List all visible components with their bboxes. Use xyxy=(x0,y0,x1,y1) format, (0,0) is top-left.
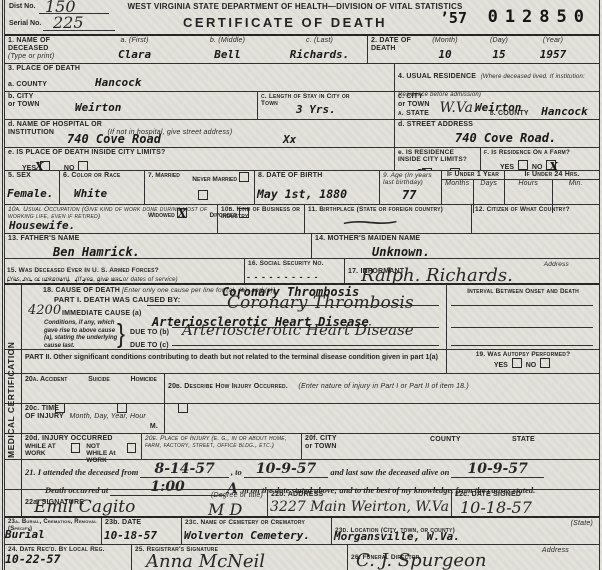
cause-code-value: 4200 xyxy=(28,303,61,318)
form-title: CERTIFICATE OF DEATH xyxy=(135,15,435,30)
row-place-residence: 3. PLACE OF DEATH a. COUNTY Hancock 4. U… xyxy=(5,64,599,92)
row-burial: 23a. Burial, Cremation, Removal (Specify… xyxy=(5,518,599,545)
field-place-of-death: 3. PLACE OF DEATH a. COUNTY Hancock xyxy=(5,64,395,91)
part1-label: PART I. DEATH WAS CAUSED BY: xyxy=(54,296,180,305)
time-of-injury-label: 20c. TIME OF INJURY xyxy=(25,405,65,421)
cause-line-b xyxy=(172,327,439,328)
registrar-signature-value: Anna McNeil xyxy=(146,551,265,570)
funeral-director-value: C. J. Spurgeon xyxy=(356,550,487,570)
field-residence-city-limits: e. IS RESIDENCE INSIDE CITY LIMITS? YES … xyxy=(395,148,481,170)
field-interval-onset: Interval Between Onset and Death xyxy=(447,285,599,349)
street-address-label: d. STREET ADDRESS xyxy=(398,121,596,129)
armed-forces-label: 15. Was Deceased Ever In U. S. Armed For… xyxy=(7,267,159,274)
occupation-value: Housewife. xyxy=(9,219,75,232)
injury-county-label: COUNTY xyxy=(430,436,461,444)
field-informant: 17. INFORMANT Address Ralph. Richards. xyxy=(345,259,599,283)
middle-name-label: b. (Middle) xyxy=(180,37,275,45)
physician-signature-value: Emil Cagito xyxy=(34,497,135,517)
sex-label: 5. SEX xyxy=(8,172,56,180)
field-mother-maiden-name: 14. MOTHER'S MAIDEN NAME Unknown. xyxy=(312,234,599,258)
field-physician-address: 22b. ADDRESS 3227 Main Weirton, W.Va xyxy=(268,490,452,516)
never-married-label: Never Married xyxy=(192,176,237,183)
attended-from-value: 8-14-57 xyxy=(140,461,228,478)
hospital-extra-mark: Xx xyxy=(283,133,296,146)
time-of-injury-sublabel: Month, Day, Year, Hour xyxy=(69,413,146,420)
due-to-b-hand: Arteriosclerotic Heart Disease xyxy=(182,321,414,339)
field-hospital: d. NAME OF HOSPITAL OR INSTITUTION (If n… xyxy=(5,120,395,147)
race-label: 6. Color or Race xyxy=(63,172,141,180)
place-of-death-label: 3. PLACE OF DEATH xyxy=(8,65,391,73)
residence-limits-no-checkbox xyxy=(450,168,460,170)
degree-title-label: (Degree or title) xyxy=(211,492,263,500)
field-age-under-24-hrs: If Under 24 Hrs. Hours Min. xyxy=(505,171,599,204)
name-label: 1. NAME OF DECEASED xyxy=(8,37,89,53)
field-part2: PART II. Other significant conditions co… xyxy=(22,350,447,373)
cemetery-label: 23c. Name of Cemetery or Crematory xyxy=(185,519,328,526)
field-funeral-director: 26. Funeral Director Address C. J. Spurg… xyxy=(348,545,599,570)
department-title: WEST VIRGINIA STATE DEPARTMENT OF HEALTH… xyxy=(115,2,475,11)
row-occupation: 10a. Usual Occupation (Give kind of work… xyxy=(5,205,599,234)
year-value: 1957 xyxy=(540,48,567,61)
under-1-year-label: If Under 1 Year xyxy=(442,171,504,180)
field-autopsy: 19. Was Autopsy Performed? YES NO xyxy=(447,350,599,373)
burial-location-state-label: (State) xyxy=(571,520,593,528)
day-label: (Day) xyxy=(473,37,525,45)
field-death-city: b. CITY or TOWN Weirton xyxy=(5,92,258,119)
autopsy-no-label: NO xyxy=(526,362,537,369)
row-time-of-injury: 20c. TIME OF INJURY Month, Day, Year, Ho… xyxy=(5,404,599,434)
time-m-label: M. xyxy=(150,423,158,431)
residence-farm-label: f. Is Residence On a Farm? xyxy=(484,149,596,156)
row-demographics: 5. SEX Female. 6. Color or Race White 7.… xyxy=(5,171,599,205)
mother-maiden-label: 14. MOTHER'S MAIDEN NAME xyxy=(315,235,596,243)
name-sublabel: (Type or print) xyxy=(8,53,89,61)
field-residence-farm: f. Is Residence On a Farm? YES NO X xyxy=(481,148,599,170)
field-name-of-deceased: 1. NAME OF DECEASED (Type or print) a. (… xyxy=(5,36,368,63)
field-armed-forces: 15. Was Deceased Ever In U. S. Armed For… xyxy=(5,259,245,283)
row-attended: 21. I attended the deceased from 8-14-57… xyxy=(5,460,599,490)
describe-injury-sublabel: (Enter nature of injury in Part I or Par… xyxy=(298,383,469,390)
serial-no-line xyxy=(43,30,115,31)
stamp-number: 012850 xyxy=(488,7,591,27)
county-value: Hancock xyxy=(95,76,141,89)
field-burial-type: 23a. Burial, Cremation, Removal (Specify… xyxy=(5,518,102,544)
interval-label: Interval Between Onset and Death xyxy=(450,286,596,295)
field-occupation: 10a. Usual Occupation (Give kind of work… xyxy=(5,205,218,233)
field-cemetery: 23c. Name of Cemetery or Crematory Wolve… xyxy=(182,518,332,544)
cause-line-a xyxy=(147,305,439,306)
cause-label: 18. CAUSE OF DEATH xyxy=(43,287,120,295)
immediate-cause-label: IMMEDIATE CAUSE (a) xyxy=(62,310,142,318)
informant-address-label: Address xyxy=(544,261,569,268)
ssn-value: - - - - - - - - - - xyxy=(247,272,318,282)
age-label: 9. Age (In years last birthday) xyxy=(383,172,438,187)
race-value: White xyxy=(74,187,107,200)
field-race: 6. Color or Race White xyxy=(60,171,145,204)
month-label: (Month) xyxy=(417,37,473,45)
death-city-limits-label: e. IS PLACE OF DEATH INSIDE CITY LIMITS? xyxy=(8,149,391,157)
dist-no-label: Dist No. xyxy=(9,3,35,10)
physician-address-value: 3227 Main Weirton, W.Va xyxy=(270,499,449,515)
attended-text-1: 21. I attended the deceased from xyxy=(25,467,138,477)
field-birthplace: 11. Birthplace (State or foreign country… xyxy=(305,205,472,233)
row-city-limits: e. IS PLACE OF DEATH INSIDE CITY LIMITS?… xyxy=(5,148,599,171)
father-name-label: 13. FATHER'S NAME xyxy=(8,235,308,243)
county-label: a. COUNTY xyxy=(8,81,47,88)
death-limits-yes-checkbox: X xyxy=(40,161,50,171)
describe-injury-label: 20b. Describe How Injury Occurred. xyxy=(168,383,288,390)
serial-no-label: Serial No. xyxy=(9,20,41,27)
date-received-value: 10-22-57 xyxy=(5,552,60,566)
attended-to-value: 10-9-57 xyxy=(244,461,328,478)
place-of-injury-label: 20e. Place of Injury (e. g., in or about… xyxy=(145,435,298,450)
cemetery-value: Wolverton Cemetery. xyxy=(184,529,310,542)
citizen-label: 12. Citizen of What Country? xyxy=(475,206,596,213)
death-limits-no-checkbox xyxy=(78,161,88,171)
informant-value: Ralph. Richards. xyxy=(361,265,513,286)
row-physician-signature: 22a. SIGNATURE (Degree or title) Emil Ca… xyxy=(5,490,599,518)
field-registrar-signature: 25. Registrar's Signature Anna McNeil xyxy=(132,545,348,570)
farm-yes-checkbox xyxy=(518,160,528,170)
row-forces-ssn-informant: 15. Was Deceased Ever In U. S. Armed For… xyxy=(5,259,599,285)
length-of-stay-value: 3 Yrs. xyxy=(296,103,336,116)
day-value: 15 xyxy=(492,48,505,61)
field-time-of-injury-blank xyxy=(165,404,599,433)
certificate-form: Dist No. 150 Serial No. 225 WEST VIRGINI… xyxy=(2,0,600,570)
field-burial-location: 23d. Location (City, town, or county) (S… xyxy=(332,518,599,544)
field-injury-city: 20f. CITY or TOWN COUNTY STATE xyxy=(302,434,599,459)
field-date-of-death: 2. DATE OF DEATH (Month) 10 (Day) 15 (Ye… xyxy=(368,36,599,63)
field-injury-occurred: 20d. INJURY OCCURRED WHILE AT WORK NOT W… xyxy=(22,434,142,459)
field-burial-date: 23b. DATE 10-18-57 xyxy=(102,518,182,544)
field-sex: 5. SEX Female. xyxy=(5,171,60,204)
street-address-value: 740 Cove Road. xyxy=(455,131,556,145)
burial-location-value: Morgansville, W.Va. xyxy=(334,530,460,543)
while-at-work-checkbox xyxy=(71,443,80,453)
row-parents: 13. FATHER'S NAME Ben Hamrick. 14. MOTHE… xyxy=(5,234,599,259)
field-length-of-stay: c. Length of Stay in City or Town 3 Yrs. xyxy=(258,92,395,119)
residence-city-limits-label: e. IS RESIDENCE INSIDE CITY LIMITS? xyxy=(398,149,477,164)
interval-line-c xyxy=(451,345,593,346)
date-signed-value: 10-18-57 xyxy=(460,498,532,517)
medical-certification-label: MEDICAL CERTIFICATION xyxy=(6,283,20,516)
year-label: (Year) xyxy=(525,37,581,45)
row-city-stay: b. CITY or TOWN Weirton c. Length of Sta… xyxy=(5,92,599,120)
under-24-hrs-label: If Under 24 Hrs. xyxy=(505,171,599,180)
autopsy-yes-checkbox xyxy=(512,358,522,368)
birthplace-ditto-mark: ~ xyxy=(335,212,405,234)
age-value: 77 xyxy=(402,188,416,202)
ssn-label: 16. Social Security No. xyxy=(248,260,341,267)
funeral-director-address-label: Address xyxy=(542,547,569,555)
cause-line-c xyxy=(172,345,439,346)
last-name-label: c. (Last) xyxy=(275,37,364,45)
stamp-year: ’57 xyxy=(440,9,467,27)
middle-name-value: Bell xyxy=(214,48,241,61)
field-residence-city: c. CITY or TOWN Weirton xyxy=(395,92,599,119)
injury-city-label: 20f. CITY or TOWN xyxy=(305,435,345,451)
medical-certification-strip: MEDICAL CERTIFICATION xyxy=(5,283,22,516)
residence-limits-yes-checkbox: X xyxy=(422,168,432,170)
conditions-note: Conditions, if any, which gave rise to a… xyxy=(44,320,118,350)
death-city-label: b. CITY or TOWN xyxy=(8,93,42,109)
interval-line-a xyxy=(451,305,593,306)
autopsy-yes-label: YES xyxy=(494,362,508,369)
field-date-received: 24. Date Rec'd. By Local Reg. 10-22-57 xyxy=(5,545,132,570)
autopsy-label: 19. Was Autopsy Performed? xyxy=(450,351,596,358)
field-age: 9. Age (In years last birthday) 77 xyxy=(380,171,442,204)
burial-type-value: Burial xyxy=(5,528,45,541)
injury-occurred-label: 20d. INJURY OCCURRED xyxy=(25,435,138,443)
last-name-value: Richards. xyxy=(290,48,350,61)
field-time-of-injury: 20c. TIME OF INJURY Month, Day, Year, Ho… xyxy=(22,404,165,433)
burial-date-value: 10-18-57 xyxy=(104,529,157,542)
row-injury-location: 20d. INJURY OCCURRED WHILE AT WORK NOT W… xyxy=(5,434,599,460)
row-part2-autopsy: PART II. Other significant conditions co… xyxy=(5,350,599,374)
field-citizen: 12. Citizen of What Country? xyxy=(472,205,599,233)
burial-date-label: 23b. DATE xyxy=(105,519,178,527)
first-name-value: Clara xyxy=(118,48,151,61)
death-certificate: Dist No. 150 Serial No. 225 WEST VIRGINI… xyxy=(0,0,602,570)
conditions-brace: } xyxy=(117,320,125,351)
death-city-value: Weirton xyxy=(75,101,121,114)
field-physician-signature: 22a. SIGNATURE (Degree or title) Emil Ca… xyxy=(22,490,268,516)
attended-text-3: and last saw the deceased alive on xyxy=(330,467,449,477)
field-marital-status: 7. Married Never Married WidowedX Divorc… xyxy=(145,171,255,204)
married-label: 7. Married xyxy=(148,172,180,183)
field-describe-injury: 20b. Describe How Injury Occurred. (Ente… xyxy=(165,374,599,403)
row-name-date: 1. NAME OF DECEASED (Type or print) a. (… xyxy=(5,36,599,64)
field-social-security: 16. Social Security No. - - - - - - - - … xyxy=(245,259,345,283)
last-alive-value: 10-9-57 xyxy=(451,461,543,478)
physician-address-label: 22b. ADDRESS xyxy=(271,491,448,499)
first-name-label: a. (First) xyxy=(89,37,180,45)
father-name-value: Ben Hamrick. xyxy=(53,245,140,259)
due-to-b-label: DUE TO (b) xyxy=(130,329,169,337)
never-married-checkbox xyxy=(239,172,249,182)
attended-text-2: , to xyxy=(231,467,242,477)
suicide-label: Suicide xyxy=(88,376,110,383)
field-accident-type: 20a. Accident Suicide Homicide xyxy=(22,374,165,403)
part2-label: PART II. Other significant conditions co… xyxy=(25,354,443,361)
due-to-c-label: DUE TO (c) xyxy=(130,342,169,350)
armed-forces-value: - - - - - - - - - - - - - - - - xyxy=(7,275,123,285)
x-mark: X xyxy=(417,167,426,170)
date-of-death-label: 2. DATE OF DEATH xyxy=(371,37,417,62)
sex-value: Female. xyxy=(7,187,53,200)
accident-label: 20a. Accident xyxy=(25,376,67,383)
row-hospital-street: d. NAME OF HOSPITAL OR INSTITUTION (If n… xyxy=(5,120,599,148)
injury-state-label: STATE xyxy=(512,436,535,444)
certificate-header: Dist No. 150 Serial No. 225 WEST VIRGINI… xyxy=(5,0,599,36)
field-attended-statement: 21. I attended the deceased from 8-14-57… xyxy=(22,460,599,489)
row-accident-describe: 20a. Accident Suicide Homicide 20b. Desc… xyxy=(5,374,599,404)
field-date-signed: 22c. DATE SIGNED 10-18-57 xyxy=(452,490,599,516)
dob-label: 8. DATE OF BIRTH xyxy=(258,172,376,180)
mother-maiden-value: Unknown. xyxy=(372,245,430,259)
field-business: 10b. Kind of Business or Industry xyxy=(218,205,305,233)
field-street-address: d. STREET ADDRESS 740 Cove Road. xyxy=(395,120,599,147)
immediate-cause-hand: Coronary Thrombosis xyxy=(227,293,414,313)
field-date-of-birth: 8. DATE OF BIRTH May 1st, 1880 xyxy=(255,171,380,204)
field-father-name: 13. FATHER'S NAME Ben Hamrick. xyxy=(5,234,312,258)
hospital-value: 740 Cove Road xyxy=(67,132,161,146)
month-value: 10 xyxy=(438,48,451,61)
field-age-under-1-year: If Under 1 Year Months Days xyxy=(442,171,505,204)
degree-value: M D xyxy=(208,500,242,519)
farm-no-checkbox: X xyxy=(546,160,556,170)
field-usual-residence: 4. USUAL RESIDENCE (Where deceased lived… xyxy=(395,64,599,91)
dob-value: May 1st, 1880 xyxy=(257,187,347,201)
row-registrar: 24. Date Rec'd. By Local Reg. 10-22-57 2… xyxy=(5,545,599,570)
field-cause-of-death: 18. CAUSE OF DEATH [Enter only one cause… xyxy=(22,285,447,349)
interval-line-b xyxy=(451,327,593,328)
homicide-label: Homicide xyxy=(131,376,157,383)
autopsy-no-checkbox xyxy=(540,358,550,368)
field-place-of-injury: 20e. Place of Injury (e. g., in or about… xyxy=(142,434,302,459)
residence-label: 4. USUAL RESIDENCE xyxy=(398,73,476,80)
residence-city-value: Weirton xyxy=(475,101,521,114)
not-while-at-work-checkbox xyxy=(127,443,136,453)
residence-city-label: c. CITY or TOWN xyxy=(398,93,432,109)
business-label: 10b. Kind of Business or Industry xyxy=(221,206,301,221)
row-cause-of-death: 18. CAUSE OF DEATH [Enter only one cause… xyxy=(5,285,599,350)
married-checkbox xyxy=(198,190,208,200)
field-death-city-limits: e. IS PLACE OF DEATH INSIDE CITY LIMITS?… xyxy=(5,148,395,170)
